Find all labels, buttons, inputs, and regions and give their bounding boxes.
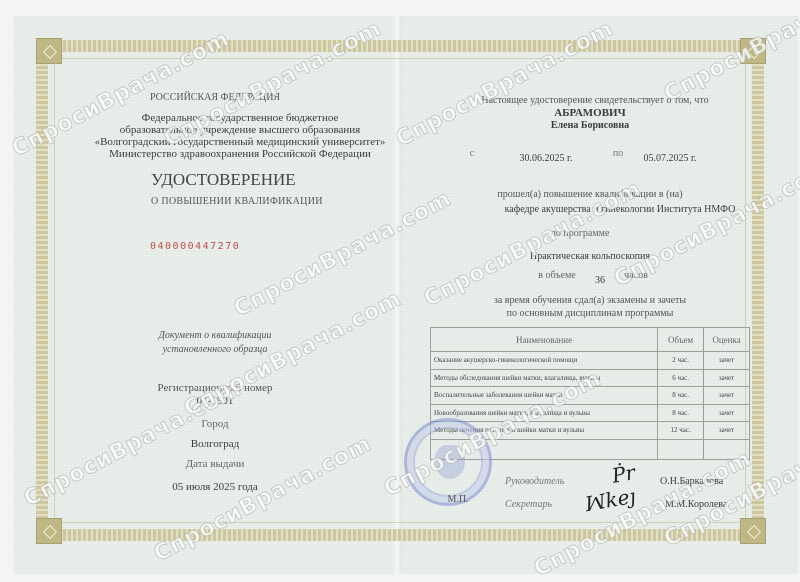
column-header-volume: Объем <box>658 328 704 352</box>
table-row: Оказание акушерско-гинекологической помо… <box>431 352 750 370</box>
column-header-name: Наименование <box>431 328 658 352</box>
frame-left <box>36 40 48 541</box>
from-label: с <box>467 148 477 159</box>
institution-line: Министерство здравоохранения Российской … <box>90 148 390 160</box>
frame-top <box>36 40 764 52</box>
serial-number: 040000447270 <box>150 241 280 252</box>
document-title: УДОСТОВЕРЕНИЕ <box>140 170 340 190</box>
recipient-given-names: Елена Борисовна <box>520 120 660 131</box>
city-value: Волгоград <box>140 438 290 450</box>
program-label: по программе <box>520 228 640 239</box>
country-label: РОССИЙСКАЯ ФЕДЕРАЦИЯ <box>150 92 270 103</box>
city-label: Город <box>140 418 290 430</box>
document-subtitle: О ПОВЫШЕНИИ КВАЛИФИКАЦИИ <box>140 196 340 207</box>
institution-line: образовательное учреждение высшего образ… <box>90 124 390 136</box>
frame-corner-ornament-icon <box>740 518 766 544</box>
volume-label: в объеме <box>532 270 582 281</box>
frame-right <box>752 40 764 541</box>
to-label: по <box>608 148 628 159</box>
institution-line: Федеральное государственное бюджетное <box>90 112 390 124</box>
institution-line: «Волгоградский государственный медицинск… <box>90 136 390 148</box>
subject-volume: 6 час. <box>658 369 704 387</box>
document-type-line: установленного образца <box>130 344 300 355</box>
official-seal-stamp-icon <box>404 418 492 506</box>
head-name: О.Н.Барканова <box>660 476 750 487</box>
recipient-surname: АБРАМОВИЧ <box>520 107 660 119</box>
volume-hours: 36 <box>590 275 610 286</box>
program-name: Практическая кольпоскопия <box>510 251 670 262</box>
stamp-placeholder-label: М.П. <box>443 494 473 505</box>
subject-grade: зачет <box>704 352 750 370</box>
registration-number: 01-1501 <box>140 395 290 407</box>
exams-line: по основным дисциплинам программы <box>470 308 710 319</box>
subject-volume: 12 час. <box>658 422 704 440</box>
subject-grade: зачет <box>704 387 750 405</box>
certifies-text: Настоящее удостоверение свидетельствует … <box>470 95 720 106</box>
subject-name: Методы обследования шейки матки, влагали… <box>431 369 658 387</box>
issue-date-label: Дата выдачи <box>140 458 290 470</box>
subject-grade: зачет <box>704 369 750 387</box>
subject-volume: 8 час. <box>658 404 704 422</box>
department: кафедре акушерства и гинекологии Институ… <box>490 204 750 215</box>
subject-grade: зачет <box>704 404 750 422</box>
registration-label: Регистрационный номер <box>140 382 290 394</box>
document-type-line: Документ о квалификации <box>130 330 300 341</box>
date-from: 30.06.2025 г. <box>506 153 586 164</box>
secretary-name: М.М.Королева <box>665 499 755 510</box>
subject-volume: 2 час. <box>658 352 704 370</box>
subject-grade: зачет <box>704 422 750 440</box>
head-label: Руководитель <box>505 476 585 487</box>
subject-name: Оказание акушерско-гинекологической помо… <box>431 352 658 370</box>
table-row: Методы обследования шейки матки, влагали… <box>431 369 750 387</box>
secretary-label: Секретарь <box>505 499 585 510</box>
subject-name: Воспалительные заболевания шейки матки <box>431 387 658 405</box>
subject-volume: 8 час. <box>658 387 704 405</box>
subject-name: Новообразования шейки матки, влагалища и… <box>431 404 658 422</box>
date-to: 05.07.2025 г. <box>630 153 710 164</box>
issue-date-value: 05 июля 2025 года <box>140 481 290 493</box>
exams-line: за время обучения сдал(а) экзамены и зач… <box>470 295 710 306</box>
table-row: Воспалительные заболевания шейки матки 8… <box>431 387 750 405</box>
frame-bottom <box>36 529 764 541</box>
table-row: Новообразования шейки матки, влагалища и… <box>431 404 750 422</box>
column-header-grade: Оценка <box>704 328 750 352</box>
hours-label: часов <box>616 270 656 281</box>
table-header-row: Наименование Объем Оценка <box>431 328 750 352</box>
completed-text: прошел(а) повышение квалификации в (на) <box>470 189 710 200</box>
